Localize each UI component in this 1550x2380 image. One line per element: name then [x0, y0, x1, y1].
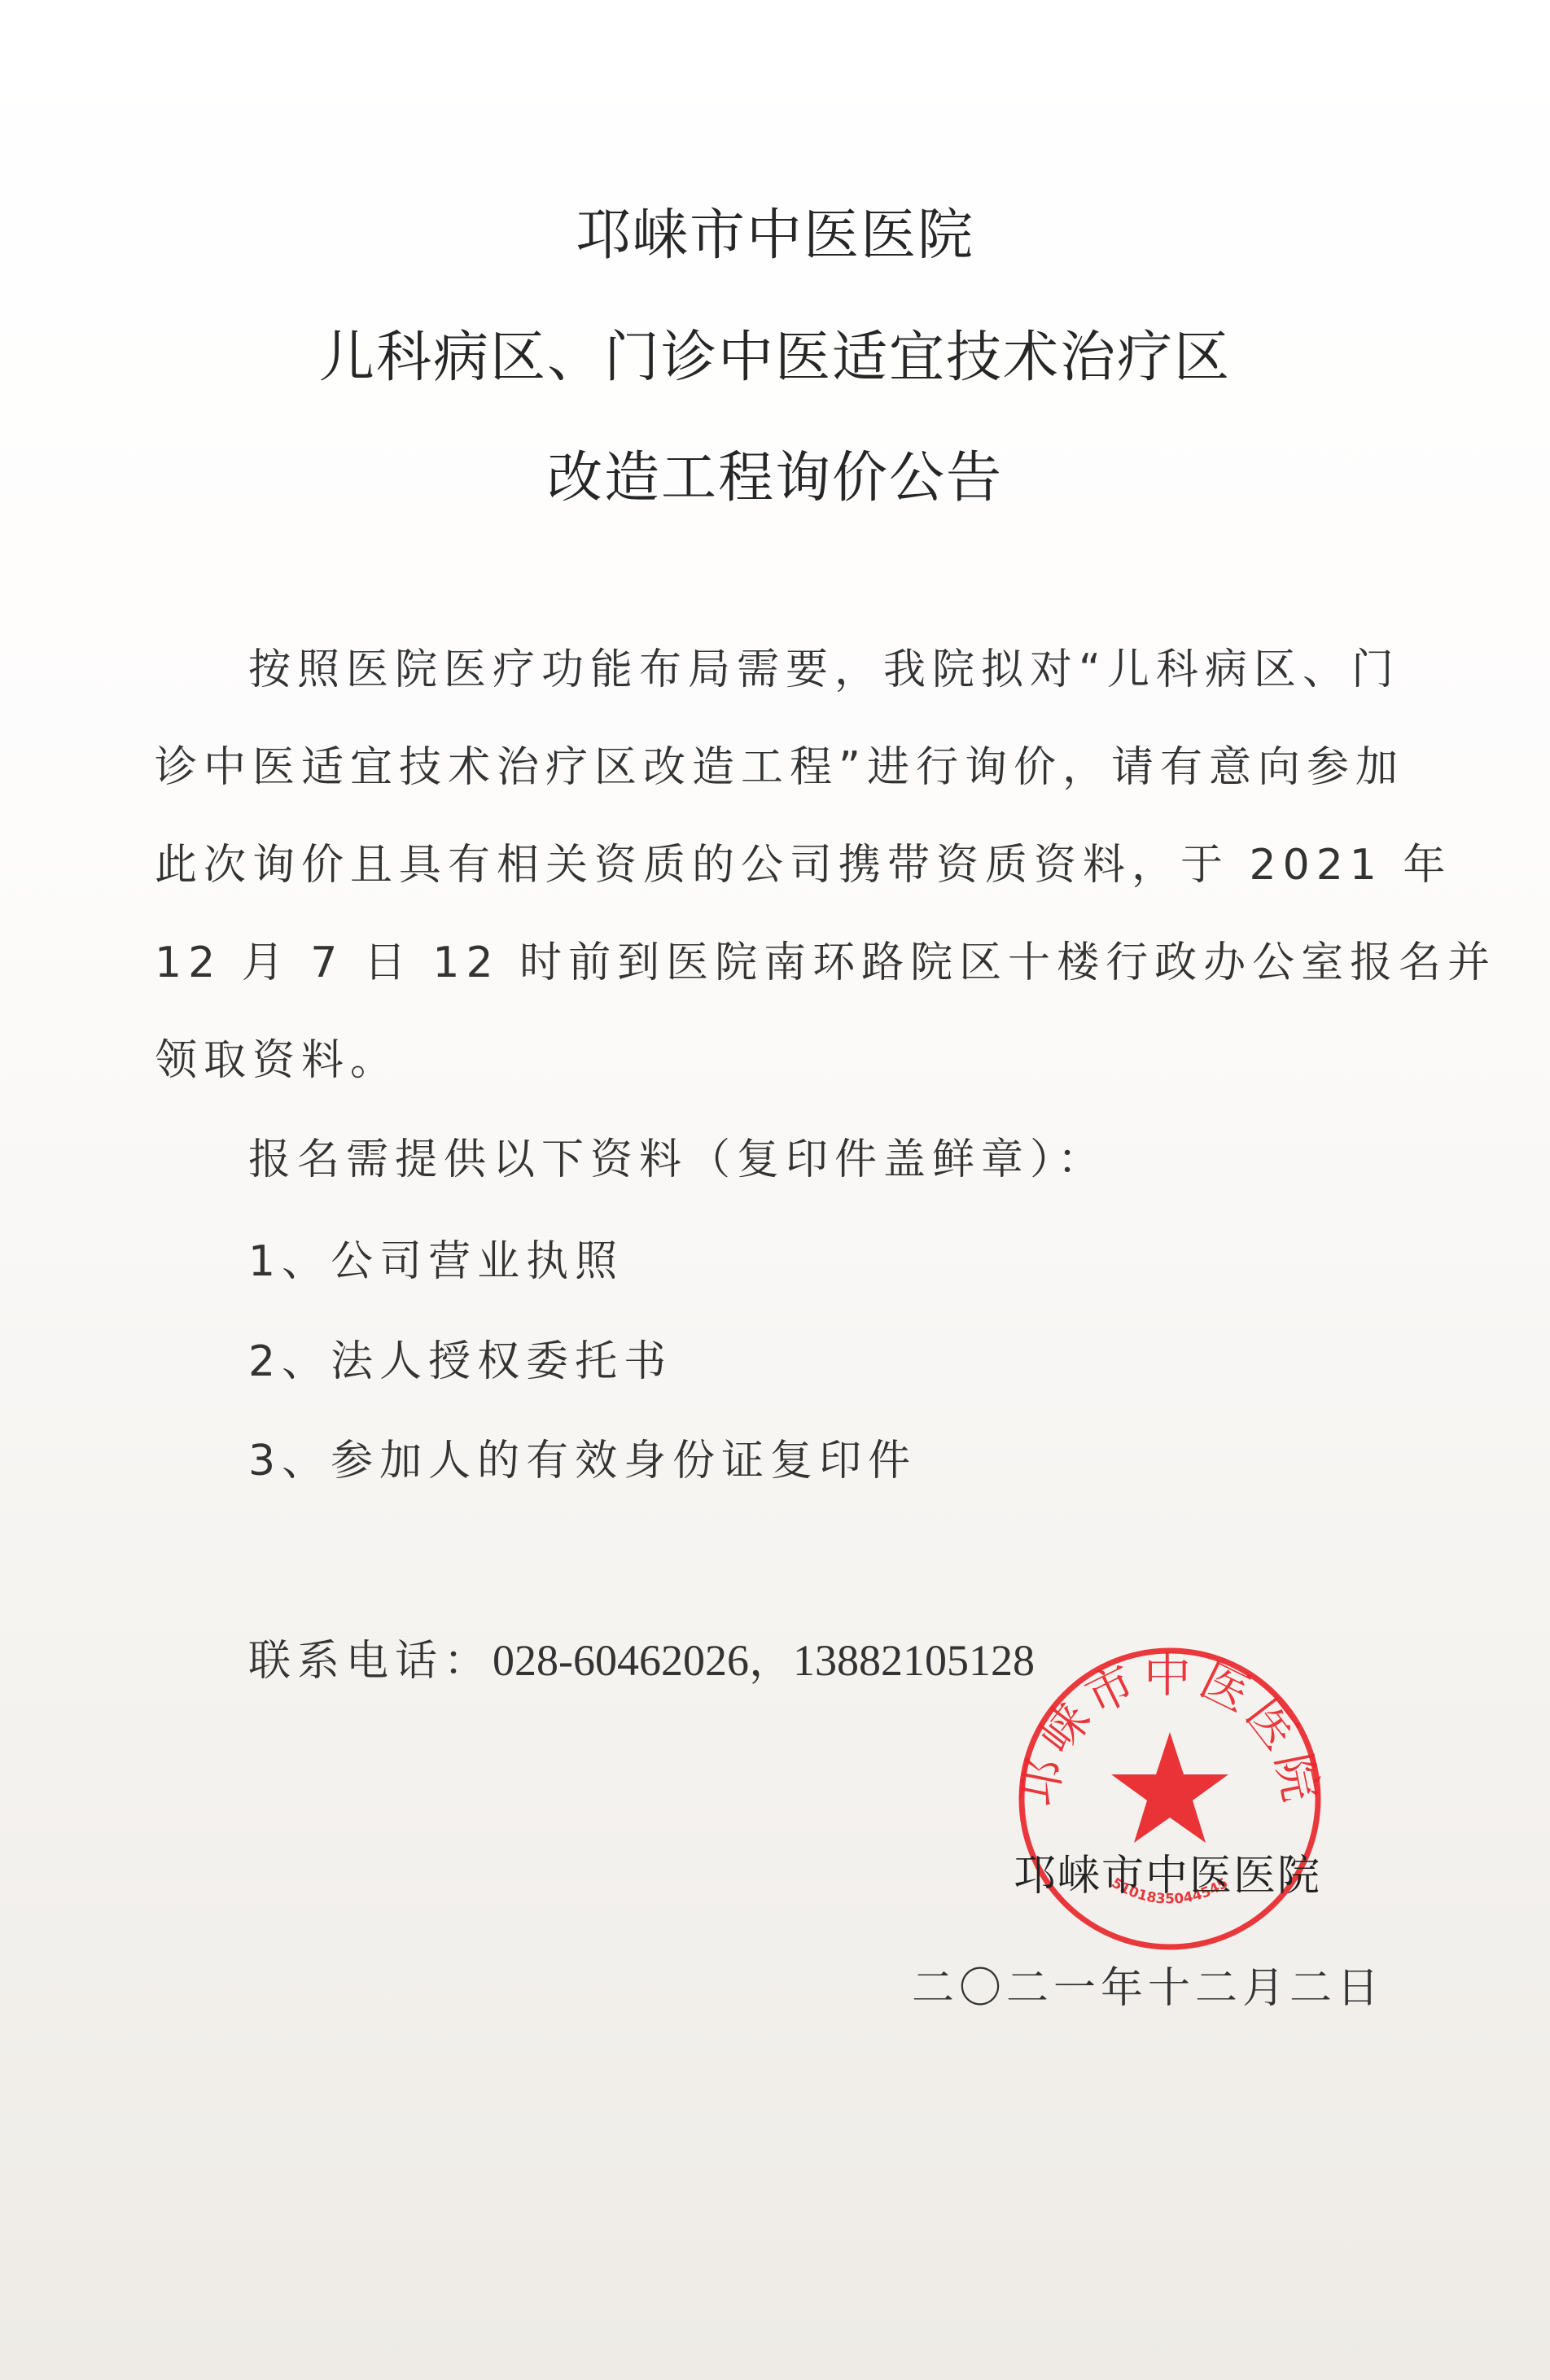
requirements-intro: 报名需提供以下资料（复印件盖鲜章）：	[248, 1131, 1106, 1188]
title-hospital-name: 邛崃市中医医院	[0, 203, 1550, 269]
requirement-item-3: 3、参加人的有效身份证复印件	[248, 1433, 917, 1490]
body-line-4: 12 月 7 日 12 时前到医院南环路院区十楼行政办公室报名并	[155, 934, 1496, 991]
signature-organization: 邛崃市中医医院	[1014, 1848, 1321, 1905]
contact-label: 联系电话：	[248, 1637, 493, 1686]
requirement-item-2: 2、法人授权委托书	[248, 1333, 672, 1390]
star-icon	[1111, 1732, 1228, 1843]
official-seal: 邛崃市中医医院 5101835044545	[1015, 1644, 1325, 1953]
body-line-1: 按照医院医疗功能布局需要，我院拟对“儿科病区、门	[248, 641, 1400, 698]
body-line-5: 领取资料。	[155, 1032, 399, 1089]
body-line-3: 此次询价且具有相关资质的公司携带资质资料，于 2021 年	[155, 837, 1451, 894]
title-notice-type: 改造工程询价公告	[0, 446, 1550, 511]
contact-line: 联系电话：028-60462026，13882105128	[248, 1632, 1035, 1690]
requirement-item-1: 1、公司营业执照	[248, 1233, 624, 1290]
contact-numbers: 028-60462026，13882105128	[493, 1636, 1035, 1685]
signature-date: 二〇二一年十二月二日	[912, 1960, 1384, 2017]
body-line-2: 诊中医适宜技术治疗区改造工程”进行询价，请有意向参加	[155, 739, 1404, 796]
title-project-name: 儿科病区、门诊中医适宜技术治疗区	[0, 326, 1550, 391]
